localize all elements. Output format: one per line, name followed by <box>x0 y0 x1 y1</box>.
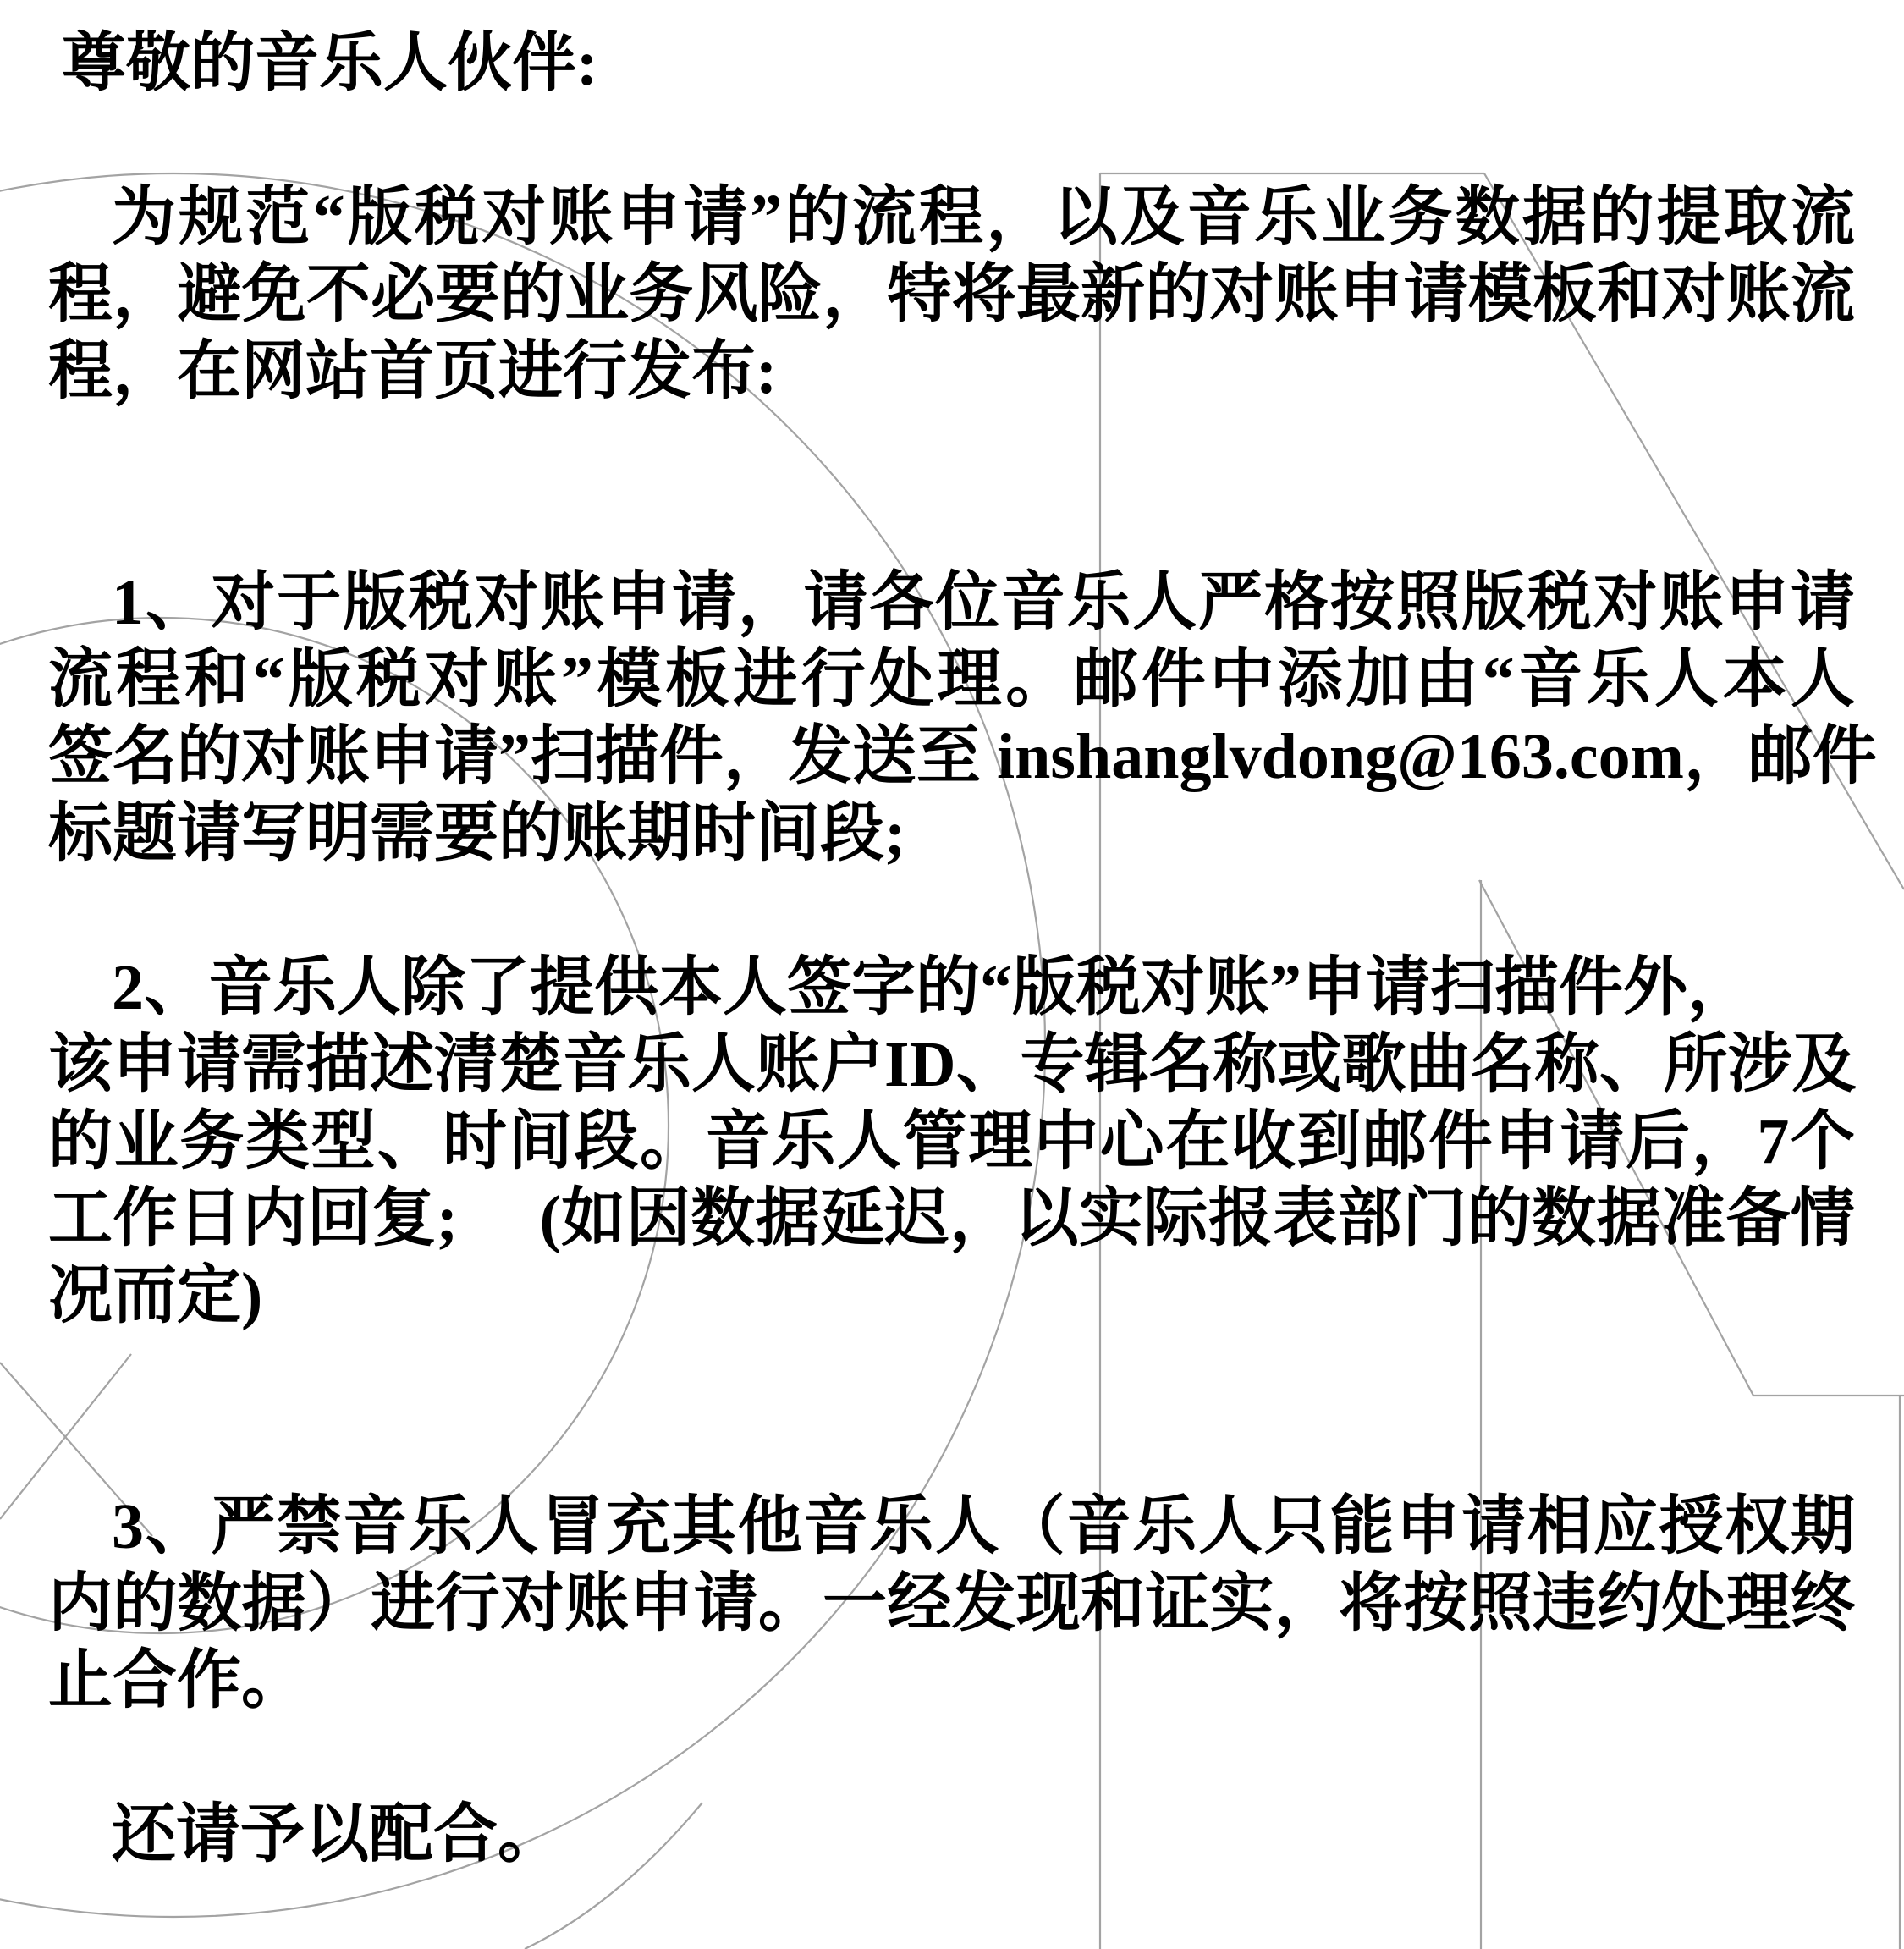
text-line: 该申请需描述清楚音乐人账户ID、专辑名称或歌曲名称、所涉及 <box>48 1027 1855 1104</box>
text-line: 内的数据）进行对账申请。一经发现和证实，将按照违约处理终 <box>48 1566 1855 1643</box>
notice-document: 尊敬的音乐人伙伴: 为规范“版税对账申请”的流程，以及音乐业务数据的提取流程，避… <box>0 0 1904 1874</box>
text-line: 程，避免不必要的业务风险，特将最新的对账申请模板和对账流 <box>48 256 1855 333</box>
blank-line <box>48 410 1855 487</box>
text-line: 的业务类型、时间段。音乐人管理中心在收到邮件申请后，7个 <box>48 1104 1855 1181</box>
text-line: 流程和“版税对账”模板进行处理。邮件中添加由“音乐人本人 <box>48 641 1855 718</box>
text-line: 还请予以配合。 <box>48 1797 1855 1874</box>
text-line: 工作日内回复; (如因数据延迟，以实际报表部门的数据准备情 <box>48 1181 1855 1258</box>
blank-line <box>48 873 1855 950</box>
blank-line <box>48 1412 1855 1489</box>
text-line: 为规范“版税对账申请”的流程，以及音乐业务数据的提取流 <box>48 179 1855 256</box>
text-line: 2、音乐人除了提供本人签字的“版税对账”申请扫描件外， <box>48 950 1855 1027</box>
text-line: 1、对于版税对账申请，请各位音乐人严格按照版税对账申请 <box>48 564 1855 641</box>
page: { "page": { "width_px": 2250, "height_px… <box>0 0 1904 1949</box>
document-lines: 尊敬的音乐人伙伴: 为规范“版税对账申请”的流程，以及音乐业务数据的提取流程，避… <box>48 25 1855 1874</box>
text-line: 止合作。 <box>48 1643 1855 1720</box>
blank-line <box>48 487 1855 564</box>
text-line: 3、严禁音乐人冒充其他音乐人（音乐人只能申请相应授权期 <box>48 1489 1855 1566</box>
text-line: 签名的对账申请”扫描件，发送至 inshanglvdong@163.com，邮件 <box>48 718 1855 796</box>
text-line: 程，在网站首页进行发布: <box>48 333 1855 410</box>
blank-line <box>48 1335 1855 1412</box>
blank-line <box>48 1720 1855 1797</box>
salutation-line: 尊敬的音乐人伙伴: <box>48 25 1855 102</box>
text-line: 标题请写明需要的账期时间段; <box>48 796 1855 873</box>
blank-line <box>48 102 1855 179</box>
text-line: 况而定) <box>48 1258 1855 1335</box>
